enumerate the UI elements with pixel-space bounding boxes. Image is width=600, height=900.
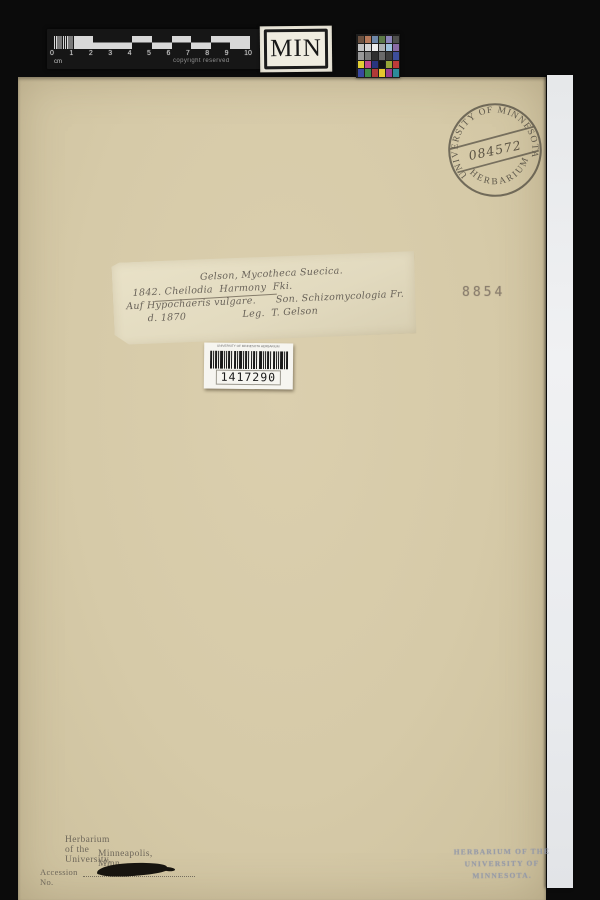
ownership-stamp: HERBARIUM OF THE UNIVERSITY OF MINNESOTA…: [436, 845, 568, 882]
ruler-segment: [74, 36, 94, 49]
ruler-tick-label: 0: [50, 50, 54, 57]
color-patch: [365, 52, 371, 59]
ruler-tick-label: 2: [89, 50, 93, 57]
ruler-segment: [132, 36, 152, 49]
ruler-tick-label: 8: [205, 50, 209, 57]
stamp-handwritten-number: 084572: [467, 137, 523, 163]
color-patch: [365, 61, 371, 68]
ruler-tick-label: 4: [128, 50, 132, 57]
herbarium-code-card: MIN: [260, 26, 332, 73]
color-patch: [386, 61, 392, 68]
scale-ruler: 0 1 2 3 4 5 6 7 8 9 10 cm copyright rese…: [47, 29, 263, 69]
color-patch: [372, 44, 378, 51]
color-patch: [372, 36, 378, 43]
ruler-band: [54, 36, 250, 49]
color-patch: [386, 52, 392, 59]
accession-number-label: Accession No.: [40, 867, 78, 887]
barcode-sticker: UNIVERSITY OF MINNESOTA HERBARIUM 141: [204, 343, 293, 390]
ruler-segment: [230, 36, 250, 49]
barcode-header-text: UNIVERSITY OF MINNESOTA HERBARIUM: [217, 345, 279, 348]
ruler-tick-label: 3: [108, 50, 112, 57]
color-patch: [393, 52, 399, 59]
ruler-segment: [54, 36, 74, 49]
handwritten-specimen-label: Gelson, Mycotheca Suecica. 1842. Cheilod…: [111, 249, 417, 347]
ruler-tick-label: 5: [147, 50, 151, 57]
ruler-segment: [191, 36, 211, 49]
color-patch: [358, 52, 364, 59]
color-patch: [379, 52, 385, 59]
color-patch: [379, 69, 385, 76]
ruler-segment: [93, 36, 113, 49]
accession-dotted-line: [83, 876, 195, 877]
ruler-segment: [211, 36, 231, 49]
color-patch: [379, 44, 385, 51]
color-patch: [393, 69, 399, 76]
ruler-tick-label: 1: [69, 50, 73, 57]
adjacent-sheet-edge: [547, 75, 573, 888]
color-patch: [365, 44, 371, 51]
ruler-tick-label: 9: [225, 50, 229, 57]
barcode-number: 1417290: [216, 370, 282, 386]
ruler-unit-label: cm: [54, 59, 62, 65]
color-patch: [358, 44, 364, 51]
color-patch: [372, 61, 378, 68]
ruler-numbers: 0 1 2 3 4 5 6 7 8 9 10: [50, 50, 252, 57]
color-patch: [393, 36, 399, 43]
color-patch: [393, 61, 399, 68]
ruler-tick-label: 7: [186, 50, 190, 57]
color-patch: [386, 44, 392, 51]
color-patch: [372, 69, 378, 76]
color-patch: [393, 44, 399, 51]
ruler-segment: [152, 36, 172, 49]
color-calibration-target: [356, 34, 400, 78]
sheet-number-stamp: 8854: [462, 285, 505, 300]
color-patch: [386, 36, 392, 43]
herbarium-code-text: MIN: [264, 29, 328, 70]
color-patch: [358, 69, 364, 76]
herbarium-scan-photo: 0 1 2 3 4 5 6 7 8 9 10 cm copyright rese…: [0, 0, 600, 900]
ownership-stamp-line-2: UNIVERSITY OF MINNESOTA.: [436, 857, 568, 882]
color-patch: [365, 36, 371, 43]
barcode-icon: [209, 351, 287, 370]
ruler-segment: [172, 36, 192, 49]
color-patch: [386, 69, 392, 76]
color-patch: [379, 61, 385, 68]
color-patch: [372, 52, 378, 59]
ownership-stamp-line-1: HERBARIUM OF THE: [436, 845, 568, 858]
ruler-tick-label: 10: [244, 50, 252, 57]
ruler-tick-label: 6: [166, 50, 170, 57]
color-patch: [358, 61, 364, 68]
ruler-segment: [113, 36, 133, 49]
ruler-copyright-text: copyright reserved: [173, 58, 230, 64]
color-patch: [379, 36, 385, 43]
color-patch: [358, 36, 364, 43]
color-patch: [365, 69, 371, 76]
